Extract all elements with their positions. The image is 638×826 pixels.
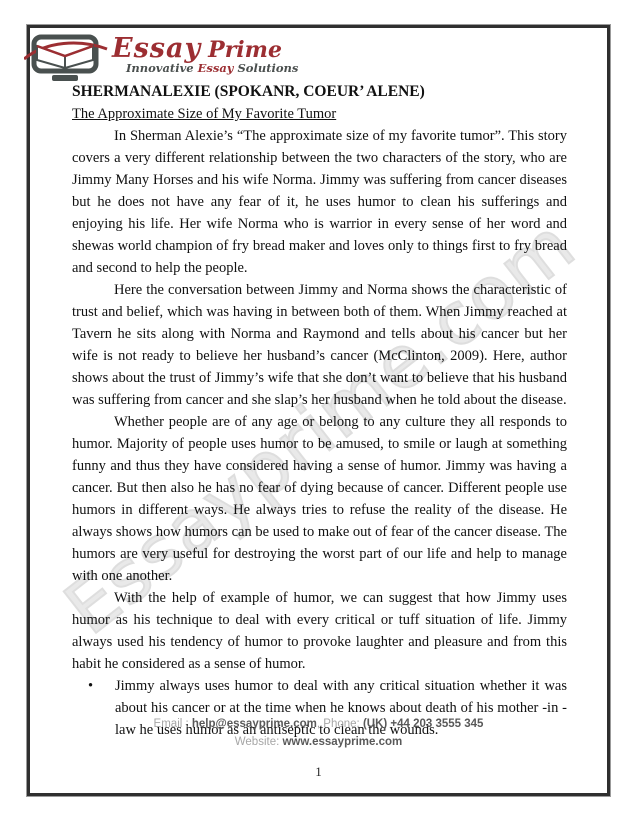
tagline-word-essay: Essay <box>198 61 234 75</box>
essayprime-logo: EssayPrime Innovative Essay Solutions <box>24 31 298 85</box>
brand-prime: Prime <box>208 37 282 63</box>
tagline-word-solutions: Solutions <box>237 61 298 75</box>
footer-contact-line: Email : help@essayprime.com, Phone: (UK)… <box>30 716 607 734</box>
essay-subtitle: The Approximate Size of My Favorite Tumo… <box>72 103 567 125</box>
open-book-icon <box>24 31 108 85</box>
paragraph-4: With the help of example of humor, we ca… <box>72 587 567 675</box>
tagline-word-innovative: Innovative <box>126 61 194 75</box>
page-footer: Email : help@essayprime.com, Phone: (UK)… <box>30 716 607 751</box>
footer-website-line: Website: www.essayprime.com <box>30 734 607 752</box>
email-label: Email : <box>154 718 192 730</box>
brand-tagline: Innovative Essay Solutions <box>126 61 298 75</box>
page-number: 1 <box>30 764 607 780</box>
phone-label: Phone: <box>323 718 363 730</box>
brand-essay: Essay <box>112 33 201 64</box>
paragraph-2: Here the conversation between Jimmy and … <box>72 279 567 411</box>
paragraph-3: Whether people are of any age or belong … <box>72 411 567 587</box>
website-value: www.essayprime.com <box>282 736 402 748</box>
website-label: Website: <box>235 736 283 748</box>
email-value: help@essayprime.com <box>192 718 317 730</box>
brand-text: EssayPrime Innovative Essay Solutions <box>112 33 298 75</box>
paragraph-1: In Sherman Alexie’s “The approximate siz… <box>72 125 567 279</box>
essay-body: SHERMANALEXIE (SPOKANR, COEUR’ ALENE) Th… <box>30 28 607 741</box>
document-page: Essayprime.com EssayPrime Innovative Ess… <box>27 25 610 796</box>
phone-value: (UK) +44 203 3555 345 <box>363 718 484 730</box>
